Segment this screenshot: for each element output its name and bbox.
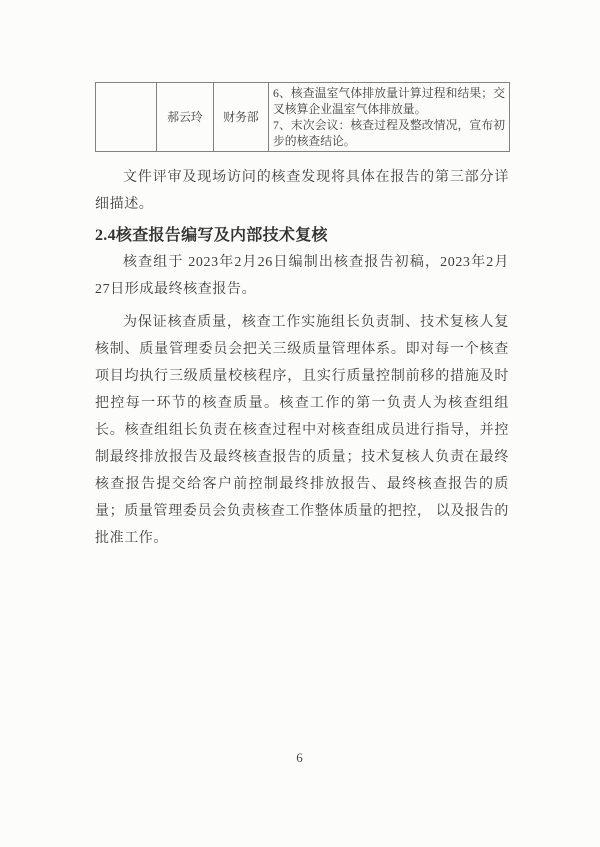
document-page: 郝云玲 财务部 6、核查温室气体排放量计算过程和结果；交叉核算企业温室气体排放量… <box>0 0 600 847</box>
section-heading: 2.4核查报告编写及内部技术复核 <box>95 222 509 249</box>
sequence-cell-empty <box>96 83 157 152</box>
paragraph-findings: 文件评审及现场访问的核查发现将具体在报告的第三部分详细描述。 <box>95 164 509 218</box>
page-content: 郝云玲 财务部 6、核查温室气体排放量计算过程和结果；交叉核算企业温室气体排放量… <box>95 82 509 552</box>
task-item-7: 7、末次会议：核查过程及整改情况，宣布初步的核查结论。 <box>273 117 505 149</box>
paragraph-report-dates: 核查组于 2023年2月26日编制出核查报告初稿，2023年2月27日形成最终核… <box>95 249 509 303</box>
verification-plan-table: 郝云玲 财务部 6、核查温室气体排放量计算过程和结果；交叉核算企业温室气体排放量… <box>95 82 510 152</box>
tasks-cell: 6、核查温室气体排放量计算过程和结果；交叉核算企业温室气体排放量。 7、末次会议… <box>269 83 510 152</box>
auditor-name-cell: 郝云玲 <box>157 83 214 152</box>
page-number: 6 <box>0 750 600 766</box>
paragraph-quality-control: 为保证核查质量，核查工作实施组长负责制、技术复核人复核制、质量管理委员会把关三级… <box>95 309 509 552</box>
task-item-6: 6、核查温室气体排放量计算过程和结果；交叉核算企业温室气体排放量。 <box>273 85 505 117</box>
table-row: 郝云玲 财务部 6、核查温室气体排放量计算过程和结果；交叉核算企业温室气体排放量… <box>96 83 510 152</box>
department-cell: 财务部 <box>214 83 269 152</box>
